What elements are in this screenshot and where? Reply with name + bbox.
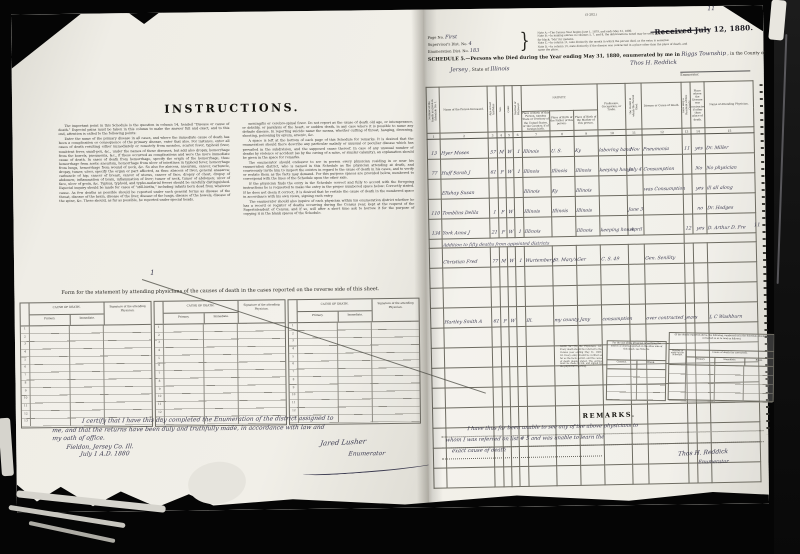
received-stamp: Received July 12, 1880. — [655, 23, 754, 37]
note-5a-block: NOTE 5a.—(To the Physician.) 1st. Every … — [560, 346, 602, 369]
instruction-paragraph: meningitis or cerebro-spinal fever. Do n… — [242, 120, 413, 138]
correction-primary: Primary. — [686, 357, 715, 365]
cell-cause-of-death: Pneumonia — [642, 135, 682, 156]
correction-blank: Blank. — [745, 358, 773, 366]
cell-age — [493, 387, 502, 407]
line-number: 6 — [21, 365, 29, 373]
cell-age: 61 — [488, 158, 497, 178]
physician-form-rows: 12345678910111213 — [289, 322, 420, 424]
cell-age: 21 — [490, 218, 499, 238]
verify-table-rows — [607, 369, 665, 401]
cell-age — [491, 287, 500, 307]
line-number: 7 — [155, 371, 163, 379]
cell-residence-years — [685, 283, 694, 303]
page-edge-sliver-left — [0, 418, 14, 477]
cell-name — [443, 288, 491, 309]
physician-form-group-1: CAUSE OF DEATH. Primary. Immediate. Sign… — [20, 301, 154, 429]
cell-father-birthplace: St. Mary's — [552, 246, 576, 266]
correction-table-rows — [669, 365, 774, 403]
cell-mother-birthplace: Illinois — [574, 156, 598, 176]
line-numbers: 12345678910111213 — [155, 325, 164, 425]
cell-residence-years: 12 — [684, 214, 693, 234]
cell-physician: ill all along — [706, 173, 755, 194]
physician-form-rows: 12345678910111213 — [21, 325, 152, 427]
cell-place-contracted: no — [692, 194, 706, 214]
cell-month-died — [629, 284, 645, 304]
instruction-paragraph: If the physician finds the entry in the … — [243, 180, 414, 198]
cell-month-died — [629, 264, 645, 284]
stray-pen-mark: 1 — [150, 269, 155, 277]
cell-married: 1 — [515, 218, 524, 238]
line-no-column — [21, 303, 30, 325]
cell-name: Ellshay Susan — [441, 179, 489, 200]
township-value: Riggs Township — [681, 51, 726, 58]
line-number: 4 — [21, 349, 29, 357]
cell-age: 77 — [490, 247, 499, 267]
cell-married — [518, 387, 527, 407]
cell-mother-birthplace: Ger — [576, 245, 600, 265]
book-spread: INSTRUCTIONS. The important point in thi… — [11, 5, 769, 512]
line-number: 5 — [155, 356, 163, 364]
cell-birthplace: Illinois — [524, 217, 552, 238]
cell-residence-years — [682, 154, 691, 174]
cell-birthplace: Ill. — [525, 306, 553, 327]
county-suffix: , in the County of — [727, 51, 765, 57]
line-number: 1 — [155, 325, 163, 333]
cell-birthplace: Illinois — [523, 197, 551, 218]
line-number: 13 — [22, 419, 30, 427]
entry-rows-upper: 13 Hyer Moses 57 M W 1 Illinois U. S. Ky… — [427, 133, 756, 240]
line-number: 2 — [21, 334, 29, 342]
nativity-group-header: NATIVITY. — [521, 84, 598, 112]
cell-name: Christian Fred — [442, 248, 490, 269]
physician-form-group-2: CAUSE OF DEATH. Primary. Immediate. Sign… — [153, 299, 287, 427]
cell-physician: L C Washburn — [708, 302, 757, 323]
cell-mother-birthplace: Illinois — [575, 196, 599, 216]
cell-name — [445, 387, 493, 408]
cell-birthplace: Illinois — [523, 177, 551, 198]
cell-father-birthplace: Ky — [551, 177, 575, 197]
cell-month-died: April — [628, 215, 644, 235]
col-mother-birthplace-header: Place of Birth of the Mother of this per… — [574, 110, 598, 131]
col-place-contracted-header: Place where the Disease was contracted, … — [690, 82, 705, 129]
cell-name: Tomblins Delila — [441, 199, 489, 220]
instructions-column-1: The important point in this Schedule is … — [58, 122, 230, 219]
cell-cause-of-death: over contracted years — [645, 304, 685, 325]
cell-age: 57 — [488, 138, 497, 158]
correction-table-heading: (If the deaths reported above, the follo… — [670, 333, 774, 352]
cell-name: Huff Sarah J — [441, 159, 489, 180]
cell-married — [516, 287, 525, 307]
instructions-column-2: meningitis or cerebro-spinal fever. Do n… — [242, 120, 414, 217]
line-number: 8 — [289, 377, 297, 385]
enumerator-label: Enumerator. — [680, 70, 750, 76]
line-number: 8 — [155, 379, 163, 387]
cell-mother-birthplace — [578, 325, 602, 345]
cell-cause-of-death — [645, 284, 685, 305]
cell-physician — [708, 262, 757, 283]
corner-pen-mark: 11 — [707, 5, 715, 12]
physician-form-tables: CAUSE OF DEATH. Primary. Immediate. Sign… — [20, 298, 422, 429]
cell-mother-birthplace: Ky — [574, 136, 598, 156]
cell-month-died: July 4 — [626, 155, 642, 175]
immediate-header: Immediate. — [205, 313, 238, 323]
cell-place-contracted — [693, 243, 707, 263]
cell-birthplace — [525, 266, 553, 287]
primary-header: Primary. — [30, 315, 71, 326]
line-number: 4 — [289, 346, 297, 354]
cell-age — [491, 267, 500, 287]
cell-occupation — [601, 265, 629, 286]
cell-mother-birthplace — [577, 265, 601, 285]
cell-place-contracted: yes — [693, 214, 707, 234]
cell-place-contracted — [698, 463, 712, 483]
line-number: 2 — [155, 332, 163, 340]
cell-age — [492, 347, 501, 367]
cell-month-died — [633, 464, 649, 484]
cell-married — [514, 178, 523, 198]
instruction-paragraph: A space is left at the bottom of each pa… — [243, 137, 414, 160]
verify-table: For the use of the physician in verifyin… — [606, 340, 667, 401]
line-number: 10 — [156, 394, 164, 402]
cell-place-contracted — [694, 263, 708, 283]
enumerator-signature-header: Thos H. Reddick — [630, 60, 677, 67]
physician-form-rows: 12345678910111213 — [155, 323, 286, 425]
cell-age — [492, 327, 501, 347]
instruction-paragraph: The enumerator should also inquire of ea… — [243, 197, 414, 215]
cell-mother-birthplace — [577, 285, 601, 305]
cell-birthplace — [525, 286, 553, 307]
cell-month-died: Nov — [626, 135, 642, 155]
cell-age — [495, 467, 504, 487]
instruction-paragraph: The enumerator should endeavor to see in… — [243, 159, 414, 182]
physician-form-caption: Form for the statement by attending phys… — [24, 286, 416, 297]
cell-age: 1 — [489, 198, 498, 218]
cell-married: 1 — [513, 138, 522, 158]
col-month-header: The Month in which the Person Died. — [625, 83, 642, 130]
col-physician-header: Name of Attending Physician. — [704, 81, 754, 128]
cell-age — [493, 367, 502, 387]
cell-occupation — [599, 176, 627, 197]
cell-birthplace: Illinois — [522, 157, 550, 178]
line-no-column — [288, 300, 297, 322]
cause-of-death-header: CAUSE OF DEATH. — [30, 303, 104, 316]
line-numbers: 12345678910111213 — [289, 323, 298, 423]
verify-col-blank: Blank. — [637, 361, 666, 369]
line-number: 9 — [290, 385, 298, 393]
line-number: 3 — [21, 342, 29, 350]
line-number: 7 — [289, 369, 297, 377]
line-number: 11 — [156, 402, 164, 410]
line-number: 11 — [22, 403, 30, 411]
cell-name — [444, 347, 492, 368]
enumerator-certificate: I certify that I have this day completed… — [52, 413, 442, 458]
cell-name: York Anna J — [442, 219, 490, 240]
col-name-header: Name of the Person Deceased. — [439, 86, 488, 133]
line-number: 9 — [22, 388, 30, 396]
cell-father-birthplace — [557, 466, 581, 486]
cell-father-birthplace: Illinois — [550, 157, 574, 177]
remarks-line-3: exact cause of death — [452, 447, 507, 454]
county-value: Jersey — [450, 67, 468, 73]
cell-occupation — [605, 465, 633, 486]
margin-pen-mark: 11 — [754, 222, 760, 228]
cell-residence-years — [685, 263, 694, 283]
line-number: 10 — [22, 396, 30, 404]
line-number: 5 — [289, 354, 297, 362]
line-number: 4 — [155, 348, 163, 356]
cell-age — [489, 178, 498, 198]
cause-of-death-header: CAUSE OF DEATH. — [297, 299, 371, 312]
line-number: 1 — [21, 326, 29, 334]
cell-married — [516, 267, 525, 287]
line-no-column — [155, 302, 164, 324]
header-brace: } — [519, 28, 530, 53]
immediate-header: Immediate. — [71, 315, 104, 325]
cell-father-birthplace: U. S. — [550, 137, 574, 157]
line-number: 6 — [289, 362, 297, 370]
primary-header: Primary. — [298, 312, 339, 323]
cell-mother-birthplace: Illinois — [575, 176, 599, 196]
cell-residence-years — [684, 243, 693, 263]
cell-married — [520, 467, 529, 487]
cell-father-birthplace: my county Jany — [553, 306, 577, 326]
col-birthplace-header: Place of Birth of this Person, naming St… — [522, 111, 550, 132]
cell-physician: D. Arthur D. Fre — [707, 213, 756, 234]
cell-birthplace — [529, 466, 557, 487]
physician-form-group-3: CAUSE OF DEATH. Primary. Immediate. Sign… — [287, 298, 421, 426]
cell-mother-birthplace — [581, 465, 605, 485]
cell-place-contracted: yes — [692, 174, 706, 194]
cell-married — [516, 307, 525, 327]
cell-physician — [708, 282, 757, 303]
line-number: 9 — [156, 386, 164, 394]
cell-birthplace — [527, 366, 555, 387]
cell-birthplace: Wurtemberg — [524, 246, 552, 267]
line-number: 8 — [21, 380, 29, 388]
col-occupation-header: Profession, Occupation, or Trade. — [597, 83, 626, 130]
cell-married — [518, 367, 527, 387]
cell-age: 61 — [491, 307, 500, 327]
cell-cause-of-death — [645, 264, 685, 285]
cell-name: Hyer Moses — [440, 139, 488, 160]
line-number: 3 — [289, 339, 297, 347]
cell-residence-years — [689, 463, 698, 483]
instruction-paragraph: Enter the name of the primary disease in… — [58, 135, 230, 203]
cell-father-birthplace — [553, 286, 577, 306]
cell-occupation — [599, 196, 627, 217]
cell-physician: Dr. Miller — [705, 133, 754, 154]
cell-cause-of-death — [644, 215, 684, 236]
cell-married — [517, 347, 526, 367]
cell-mother-birthplace — [579, 385, 603, 405]
cell-birthplace — [526, 326, 554, 347]
signature-header: Signature of the attending Physician. — [105, 302, 151, 325]
correction-table: (If the deaths reported above, the follo… — [668, 332, 775, 402]
left-page-instructions: INSTRUCTIONS. The important point in thi… — [11, 10, 429, 513]
col-father-birthplace-header: Place of Birth of the Father of this per… — [550, 110, 574, 131]
cell-month-died — [627, 175, 643, 195]
cell-cause-of-death: Consumption — [642, 155, 682, 176]
cell-cause-of-death — [649, 464, 689, 485]
verify-col-correct: Correct. — [607, 360, 637, 368]
cell-place-contracted: No — [691, 154, 705, 174]
col-cause-header: Disease or Cause of Death. — [641, 82, 682, 129]
cell-name — [447, 467, 495, 488]
enumerator-signature-title: Enumerator — [348, 450, 386, 457]
cell-name — [445, 367, 493, 388]
cell-physician — [712, 462, 761, 483]
line-number: 2 — [289, 331, 297, 339]
instructions-title: INSTRUCTIONS. — [52, 100, 412, 117]
page-no-value: First — [445, 34, 457, 40]
cell-married — [514, 198, 523, 218]
cell-father-birthplace — [553, 266, 577, 286]
cell-place-contracted — [694, 283, 708, 303]
correction-no-col: Number of entry on the Schedule. — [669, 350, 686, 364]
cell-father-birthplace: Illinois — [551, 197, 575, 217]
verify-table-heading: For the use of the physician in verifyin… — [607, 341, 665, 361]
cell-birthplace: Illinois — [522, 137, 550, 158]
line-number: 10 — [290, 392, 298, 400]
cell-cause-of-death: Gen. Senility — [644, 244, 684, 265]
state-label: , State of — [469, 68, 489, 73]
cell-occupation — [601, 285, 629, 306]
cell-place-contracted: yes — [691, 134, 705, 154]
line-numbers: 12345678910111213 — [21, 326, 30, 426]
cell-married: 1 — [513, 158, 522, 178]
cell-occupation: consumption — [601, 305, 629, 326]
line-number: 7 — [21, 373, 29, 381]
cell-married — [517, 327, 526, 347]
cell-occupation: laboring hand — [598, 136, 626, 157]
cell-father-birthplace — [552, 217, 576, 237]
line-number: 3 — [155, 340, 163, 348]
cell-cause-of-death: was Consumption — [643, 175, 683, 196]
cell-month-died: June 3 — [627, 195, 643, 215]
cell-physician: Dr. Hodges — [706, 193, 755, 214]
cell-birthplace — [526, 346, 554, 367]
cell-father-birthplace — [554, 326, 578, 346]
district-header: Page No. First Supervisor's Dist. No. 4 … — [428, 33, 532, 56]
cell-cause-of-death — [643, 195, 683, 216]
cell-name: Hartley Smith A — [443, 307, 491, 328]
correction-immediate: Immediate. — [716, 358, 745, 366]
enumeration-dist-value: 183 — [470, 48, 480, 54]
cell-mother-birthplace: Illinois — [576, 216, 600, 236]
primary-header: Primary. — [164, 313, 205, 324]
cell-occupation: C. S. 49 — [600, 245, 628, 266]
immediate-header: Immediate. — [339, 311, 372, 321]
remarks-signature-title: Enumerator — [698, 459, 729, 466]
cell-birthplace — [527, 386, 555, 407]
cell-physician: No physician — [705, 153, 754, 174]
cell-name — [444, 327, 492, 348]
cell-occupation: keeping house — [600, 216, 628, 237]
cell-father-birthplace — [555, 386, 579, 406]
line-number: 5 — [21, 357, 29, 365]
signature-header: Signature of the attending Physician. — [372, 299, 418, 322]
cell-married: 1 — [515, 247, 524, 267]
line-number: 12 — [22, 411, 30, 419]
state-value: Illinois — [490, 66, 509, 72]
cell-occupation: keeping house — [598, 156, 626, 177]
cell-residence-years: 11 — [682, 134, 691, 154]
line-number: 11 — [290, 400, 298, 408]
line-number: 6 — [155, 363, 163, 371]
supervisor-dist-value: 4 — [469, 41, 472, 47]
instruction-paragraph: The important point in this Schedule is … — [58, 122, 229, 136]
cell-residence-years — [683, 194, 692, 214]
cell-physician — [707, 242, 756, 263]
right-page-schedule: (5-282.) Page No. First Supervisor's Dis… — [423, 5, 769, 507]
cell-month-died — [628, 244, 644, 264]
instructions-columns: The important point in this Schedule is … — [58, 120, 415, 219]
cell-name — [443, 268, 491, 289]
